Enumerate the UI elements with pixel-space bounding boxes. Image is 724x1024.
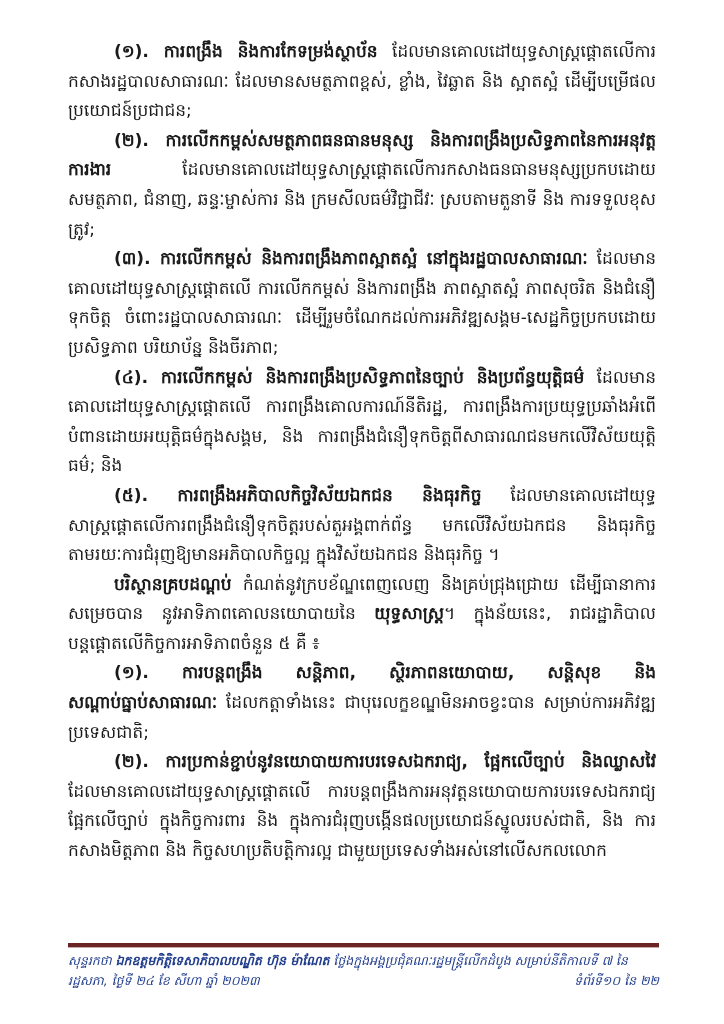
page-number: ទំព័រទី១០ នៃ ២២ (574, 971, 659, 991)
body-text-2: ដែលមានគោលដៅយុទ្ធសាស្ត្រផ្តោតលើការកសាងធនធ… (68, 160, 656, 239)
paragraph-7: (១). ការបន្តពង្រឹង សន្តិភាព, ស្ថិរភាពនយោ… (68, 659, 656, 748)
paragraph-3: (៣). ការលើកកម្ពស់ និងការពង្រឹងភាពស្អាតស្… (68, 245, 656, 363)
footer-line-1: សុន្ទរកថា ឯកឧត្តមកិត្តិទេសាភិបាលបណ្ឌិត ហ… (68, 951, 659, 971)
heading-4: (៤). ការលើកកម្ពស់ និងការពង្រឹងប្រសិទ្ធភា… (114, 368, 584, 388)
heading-6: បរិស្ថានគ្របដណ្តប់ (114, 575, 232, 595)
footer-line-2: រដ្ឋសភា, ថ្ងៃទី ២៤ ខែ សីហា ឆ្នាំ ២០២៣ ទំ… (68, 971, 659, 991)
strategy-term: យុទ្ធសាស្ត្រ (374, 604, 444, 624)
document-body: (១). ការពង្រឹង និងការកែទម្រង់ស្ថាប័ន ដែល… (68, 38, 656, 867)
body-text-8: ដែលមានគោលដៅយុទ្ធសាស្ត្រផ្តោតលើ ការបន្តពង… (68, 782, 656, 861)
paragraph-1: (១). ការពង្រឹង និងការកែទម្រង់ស្ថាប័ន ដែល… (68, 38, 656, 127)
paragraph-8: (២). ការប្រកាន់ខ្ជាប់នូវនយោបាយការបរទេសឯក… (68, 748, 656, 866)
heading-1: (១). ការពង្រឹង និងការកែទម្រង់ស្ថាប័ន (114, 42, 378, 62)
heading-3: (៣). ការលើកកម្ពស់ និងការពង្រឹងភាពស្អាតស្… (114, 249, 588, 269)
heading-8: (២). ការប្រកាន់ខ្ជាប់នូវនយោបាយការបរទេសឯក… (114, 752, 656, 772)
paragraph-6: បរិស្ថានគ្របដណ្តប់ កំណត់នូវក្របខ័ណ្ឌពេញល… (68, 571, 656, 660)
paragraph-2: (២). ការលើកកម្ពស់សមត្ថភាពធនធានមនុស្ស និង… (68, 127, 656, 245)
footer-divider (68, 943, 659, 948)
footer-speaker: ឯកឧត្តមកិត្តិទេសាភិបាលបណ្ឌិត ហ៊ុន ម៉ាណែត (116, 953, 330, 968)
heading-5: (៥). ការពង្រឹងអភិបាលកិច្ចវិស័យឯកជន និងធុ… (114, 486, 482, 506)
footer-date: រដ្ឋសភា, ថ្ងៃទី ២៤ ខែ សីហា ឆ្នាំ ២០២៣ (68, 971, 260, 991)
paragraph-4: (៤). ការលើកកម្ពស់ និងការពង្រឹងប្រសិទ្ធភា… (68, 364, 656, 482)
page-footer: សុន្ទរកថា ឯកឧត្តមកិត្តិទេសាភិបាលបណ្ឌិត ហ… (68, 951, 659, 991)
footer-prefix: សុន្ទរកថា (68, 953, 116, 968)
footer-context: ថ្លែងក្នុងអង្គប្រជុំគណៈរដ្ឋមន្ត្រីលើកដំប… (329, 953, 627, 968)
paragraph-5: (៥). ការពង្រឹងអភិបាលកិច្ចវិស័យឯកជន និងធុ… (68, 482, 656, 571)
